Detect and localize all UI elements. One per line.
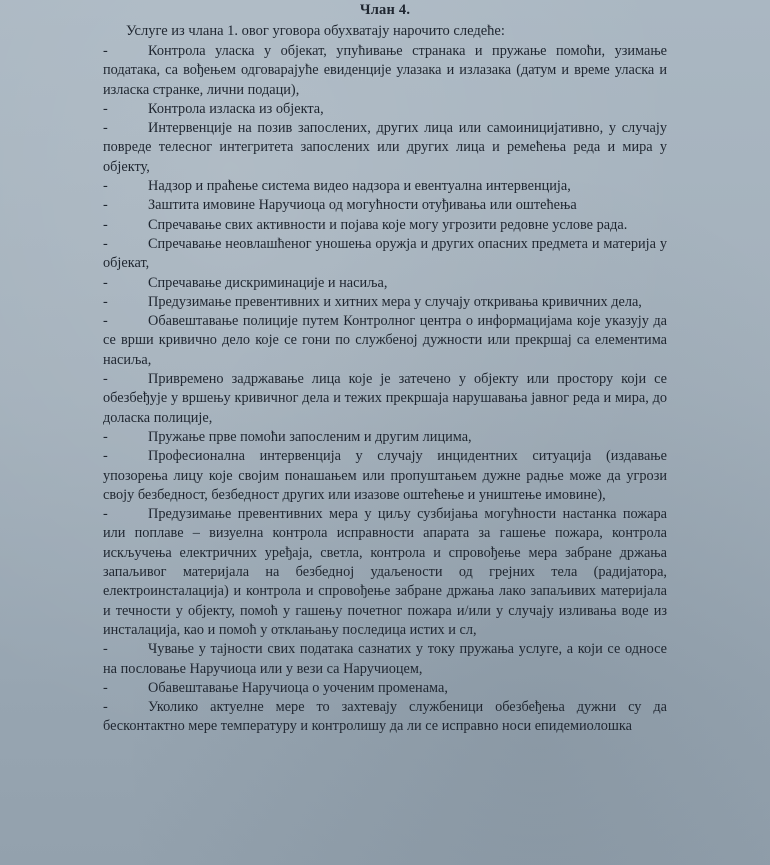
bullet-dash: - (103, 274, 113, 293)
list-item-text: Контрола изласка из објекта, (148, 101, 324, 117)
list-item-text: Предузимање превентивних и хитних мера у… (148, 294, 642, 310)
list-item: -Професионална интервенција у случају ин… (103, 447, 667, 505)
list-item-text: Чување у тајности свих података сазнатих… (103, 641, 667, 676)
list-item-text: Спречавање свих активности и појава које… (148, 217, 627, 233)
list-item-text: Контрола уласка у објекат, упућивање стр… (103, 43, 667, 98)
bullet-dash: - (103, 177, 113, 196)
list-item: -Надзор и праћење система видео надзора … (103, 177, 667, 196)
bullet-dash: - (103, 196, 113, 215)
bullet-dash: - (103, 216, 113, 235)
list-item: -Обавештавање полиције путем Контролног … (103, 312, 667, 370)
list-item: -Контрола уласка у објекат, упућивање ст… (103, 42, 667, 100)
list-item: -Пружање прве помоћи запосленим и другим… (103, 428, 667, 447)
bullet-dash: - (103, 100, 113, 119)
bullet-dash: - (103, 293, 113, 312)
list-item: -Обавештавање Наручиоца о уоченим промен… (103, 679, 667, 698)
list-item: -Предузимање превентивних и хитних мера … (103, 293, 667, 312)
list-item: -Спречавање свих активности и појава кој… (103, 216, 667, 235)
article-intro: Услуге из члана 1. овог уговора обухвата… (126, 23, 505, 40)
list-item-text: Интервенције на позив запослених, других… (103, 120, 667, 175)
list-item-text: Заштита имовине Наручиоца од могућности … (148, 197, 577, 213)
list-item-text: Привремено задржавање лица које је затеч… (103, 371, 667, 426)
list-item-text: Надзор и праћење система видео надзора и… (148, 178, 571, 194)
list-item: -Контрола изласка из објекта, (103, 100, 667, 119)
list-item: -Спречавање дискриминације и насиља, (103, 274, 667, 293)
bullet-dash: - (103, 640, 113, 659)
list-item-text: Уколико актуелне мере то захтевају служб… (103, 699, 667, 734)
article-title: Члан 4. (0, 2, 770, 19)
list-item-text: Професионална интервенција у случају инц… (103, 448, 667, 503)
list-item: -Привремено задржавање лица које је зате… (103, 370, 667, 428)
bullet-dash: - (103, 370, 113, 389)
services-list: -Контрола уласка у објекат, упућивање ст… (103, 42, 667, 737)
list-item-text: Спречавање дискриминације и насиља, (148, 275, 387, 291)
bullet-dash: - (103, 42, 113, 61)
list-item-text: Обавештавање полиције путем Контролног ц… (103, 313, 667, 368)
bullet-dash: - (103, 679, 113, 698)
bullet-dash: - (103, 235, 113, 254)
list-item-text: Спречавање неовлашћеног уношења оружја и… (103, 236, 667, 271)
bullet-dash: - (103, 428, 113, 447)
bullet-dash: - (103, 447, 113, 466)
bullet-dash: - (103, 698, 113, 717)
bullet-dash: - (103, 312, 113, 331)
list-item-text: Предузимање превентивних мера у циљу суз… (103, 506, 667, 638)
list-item: -Интервенције на позив запослених, други… (103, 119, 667, 177)
bullet-dash: - (103, 119, 113, 138)
list-item: -Уколико актуелне мере то захтевају служ… (103, 698, 667, 737)
list-item-text: Пружање прве помоћи запосленим и другим … (148, 429, 472, 445)
list-item: -Предузимање превентивних мера у циљу су… (103, 505, 667, 640)
list-item-text: Обавештавање Наручиоца о уоченим промена… (148, 680, 448, 696)
bullet-dash: - (103, 505, 113, 524)
list-item: -Чување у тајности свих података сазнати… (103, 640, 667, 679)
document-page: Члан 4. Услуге из члана 1. овог уговора … (0, 0, 770, 865)
list-item: -Спречавање неовлашћеног уношења оружја … (103, 235, 667, 274)
list-item: -Заштита имовине Наручиоца од могућности… (103, 196, 667, 215)
